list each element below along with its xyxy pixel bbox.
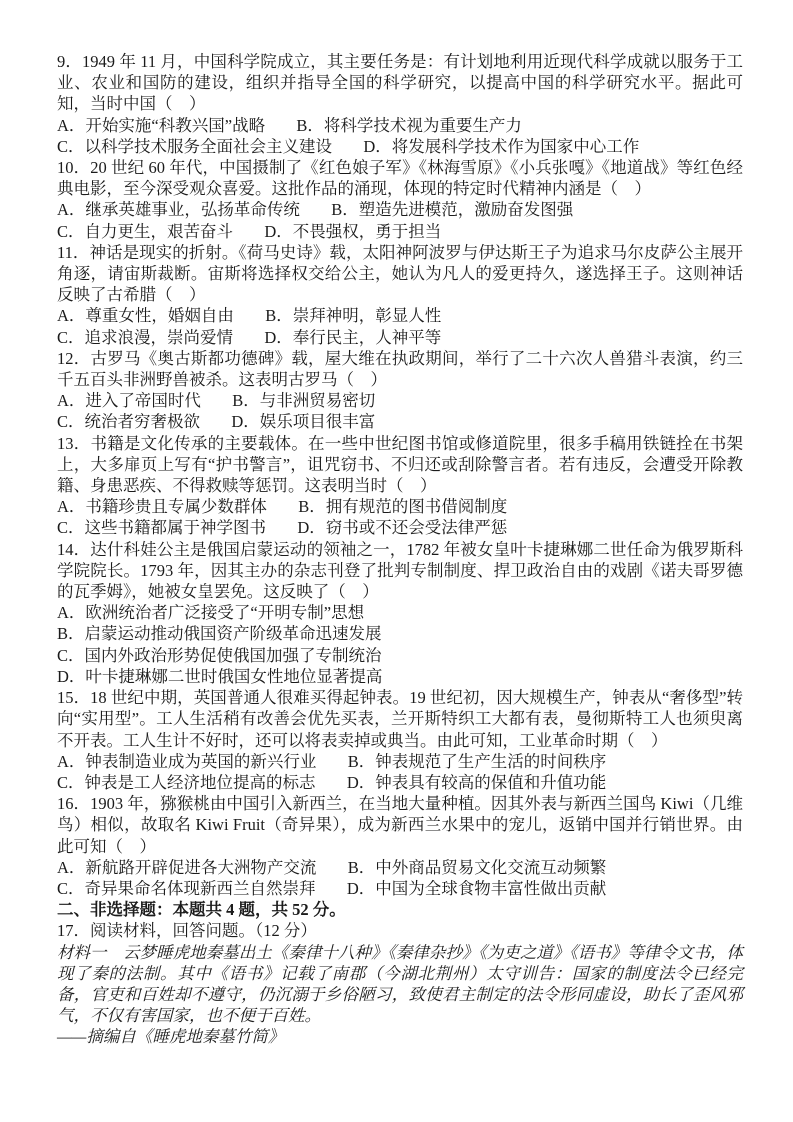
option-item: A．开始实施“科教兴国”战略: [57, 115, 265, 136]
option-row: C．这些书籍都属于神学图书D．窃书或不还会受法律严惩: [57, 517, 743, 538]
option-item: D．奉行民主，人神平等: [264, 327, 441, 348]
option-row: D．叶卡捷琳娜二世时俄国女性地位显著提高: [57, 666, 743, 687]
question-stem: 12．古罗马《奥古斯都功德碑》载，屋大维在执政期间，举行了二十六次人兽猎斗表演，…: [57, 348, 743, 390]
option-item: C．奇异果命名体现新西兰自然崇拜: [57, 878, 316, 899]
question17-intro: 17．阅读材料，回答问题。（12 分）: [57, 920, 743, 941]
question-block: 11．神话是现实的折射。《荷马史诗》载，太阳神阿波罗与伊达斯王子为追求马尔皮萨公…: [57, 242, 743, 348]
option-item: A．新航路开辟促进各大洲物产交流: [57, 857, 316, 878]
option-item: A．进入了帝国时代: [57, 390, 201, 411]
option-item: D．窃书或不还会受法律严惩: [297, 517, 507, 538]
question-stem: 14．达什科娃公主是俄国启蒙运动的领袖之一，1782 年被女皇叶卡捷琳娜二世任命…: [57, 539, 743, 603]
option-item: C．统治者穷奢极欲: [57, 411, 200, 432]
question-stem: 10．20 世纪 60 年代，中国摄制了《红色娘子军》《林海雪原》《小兵张嘎》《…: [57, 157, 743, 199]
option-row: C．自力更生，艰苦奋斗D．不畏强权，勇于担当: [57, 221, 743, 242]
option-row: A．新航路开辟促进各大洲物产交流B．中外商品贸易文化交流互动频繁: [57, 857, 743, 878]
choice-questions: 9．1949 年 11 月，中国科学院成立，其主要任务是：有计划地利用近现代科学…: [57, 51, 743, 899]
question-stem: 15．18 世纪中期，英国普通人很难买得起钟表。19 世纪初，因大规模生产，钟表…: [57, 687, 743, 751]
option-item: B．崇拜神明，彰显人性: [265, 305, 441, 326]
option-item: C．自力更生，艰苦奋斗: [57, 221, 233, 242]
option-row: C．追求浪漫，崇尚爱情D．奉行民主，人神平等: [57, 327, 743, 348]
question-block: 12．古罗马《奥古斯都功德碑》载，屋大维在执政期间，举行了二十六次人兽猎斗表演，…: [57, 348, 743, 433]
option-item: A．尊重女性，婚姻自由: [57, 305, 234, 326]
option-row: B．启蒙运动推动俄国资产阶级革命迅速发展: [57, 623, 743, 644]
option-item: A．欧洲统治者广泛接受了“开明专制”思想: [57, 602, 364, 623]
option-item: B．与非洲贸易密切: [232, 390, 375, 411]
exam-page: 9．1949 年 11 月，中国科学院成立，其主要任务是：有计划地利用近现代科学…: [0, 0, 793, 1122]
option-item: D．中国为全球食物丰富性做出贡献: [347, 878, 606, 899]
source-line: ——摘编自《睡虎地秦墓竹简》: [57, 1026, 743, 1047]
option-item: D．叶卡捷琳娜二世时俄国女性地位显著提高: [57, 666, 382, 687]
question-stem: 11．神话是现实的折射。《荷马史诗》载，太阳神阿波罗与伊达斯王子为追求马尔皮萨公…: [57, 242, 743, 306]
option-item: D．不畏强权，勇于担当: [264, 221, 441, 242]
option-item: D．钟表具有较高的保值和升值功能: [347, 772, 606, 793]
section-header: 二、非选择题：本题共 4 题，共 52 分。: [57, 899, 743, 920]
question-stem: 9．1949 年 11 月，中国科学院成立，其主要任务是：有计划地利用近现代科学…: [57, 51, 743, 115]
option-row: A．欧洲统治者广泛接受了“开明专制”思想: [57, 602, 743, 623]
option-row: A．继承英雄事业，弘扬革命传统B．塑造先进模范，激励奋发图强: [57, 199, 743, 220]
option-item: A．书籍珍贵且专属少数群体: [57, 496, 267, 517]
option-item: B．拥有规范的图书借阅制度: [298, 496, 507, 517]
option-row: C．奇异果命名体现新西兰自然崇拜D．中国为全球食物丰富性做出贡献: [57, 878, 743, 899]
question-block: 14．达什科娃公主是俄国启蒙运动的领袖之一，1782 年被女皇叶卡捷琳娜二世任命…: [57, 539, 743, 687]
option-row: A．书籍珍贵且专属少数群体B．拥有规范的图书借阅制度: [57, 496, 743, 517]
option-row: C．以科学技术服务全面社会主义建设D．将发展科学技术作为国家中心工作: [57, 136, 743, 157]
option-item: A．钟表制造业成为英国的新兴行业: [57, 751, 316, 772]
option-row: A．尊重女性，婚姻自由B．崇拜神明，彰显人性: [57, 305, 743, 326]
option-item: B．将科学技术视为重要生产力: [296, 115, 522, 136]
option-item: B．启蒙运动推动俄国资产阶级革命迅速发展: [57, 623, 382, 644]
option-item: C．以科学技术服务全面社会主义建设: [57, 136, 332, 157]
question-stem: 13．书籍是文化传承的主要载体。在一些中世纪图书馆或修道院里，很多手稿用铁链拴在…: [57, 433, 743, 497]
question-block: 10．20 世纪 60 年代，中国摄制了《红色娘子军》《林海雪原》《小兵张嘎》《…: [57, 157, 743, 242]
question-stem: 16．1903 年，猕猴桃由中国引入新西兰，在当地大量种植。因其外表与新西兰国鸟…: [57, 793, 743, 857]
option-item: C．国内外政治形势促使俄国加强了专制统治: [57, 645, 382, 666]
question-block: 13．书籍是文化传承的主要载体。在一些中世纪图书馆或修道院里，很多手稿用铁链拴在…: [57, 433, 743, 539]
option-row: A．开始实施“科教兴国”战略B．将科学技术视为重要生产力: [57, 115, 743, 136]
option-item: D．将发展科学技术作为国家中心工作: [363, 136, 639, 157]
question-block: 15．18 世纪中期，英国普通人很难买得起钟表。19 世纪初，因大规模生产，钟表…: [57, 687, 743, 793]
option-item: C．追求浪漫，崇尚爱情: [57, 327, 233, 348]
option-row: A．进入了帝国时代B．与非洲贸易密切: [57, 390, 743, 411]
option-row: C．统治者穷奢极欲D．娱乐项目很丰富: [57, 411, 743, 432]
option-item: A．继承英雄事业，弘扬革命传统: [57, 199, 300, 220]
option-row: C．国内外政治形势促使俄国加强了专制统治: [57, 645, 743, 666]
option-row: A．钟表制造业成为英国的新兴行业B．钟表规范了生产生活的时间秩序: [57, 751, 743, 772]
option-item: C．钟表是工人经济地位提高的标志: [57, 772, 316, 793]
option-item: C．这些书籍都属于神学图书: [57, 517, 266, 538]
option-row: C．钟表是工人经济地位提高的标志D．钟表具有较高的保值和升值功能: [57, 772, 743, 793]
material-paragraph: 材料一 云梦睡虎地秦墓出土《秦律十八种》《秦律杂抄》《为吏之道》《语书》等律令文…: [57, 942, 743, 1027]
question-block: 9．1949 年 11 月，中国科学院成立，其主要任务是：有计划地利用近现代科学…: [57, 51, 743, 157]
question-block: 16．1903 年，猕猴桃由中国引入新西兰，在当地大量种植。因其外表与新西兰国鸟…: [57, 793, 743, 899]
option-item: B．塑造先进模范，激励奋发图强: [331, 199, 573, 220]
option-item: B．钟表规范了生产生活的时间秩序: [348, 751, 607, 772]
option-item: B．中外商品贸易文化交流互动频繁: [348, 857, 607, 878]
option-item: D．娱乐项目很丰富: [231, 411, 375, 432]
